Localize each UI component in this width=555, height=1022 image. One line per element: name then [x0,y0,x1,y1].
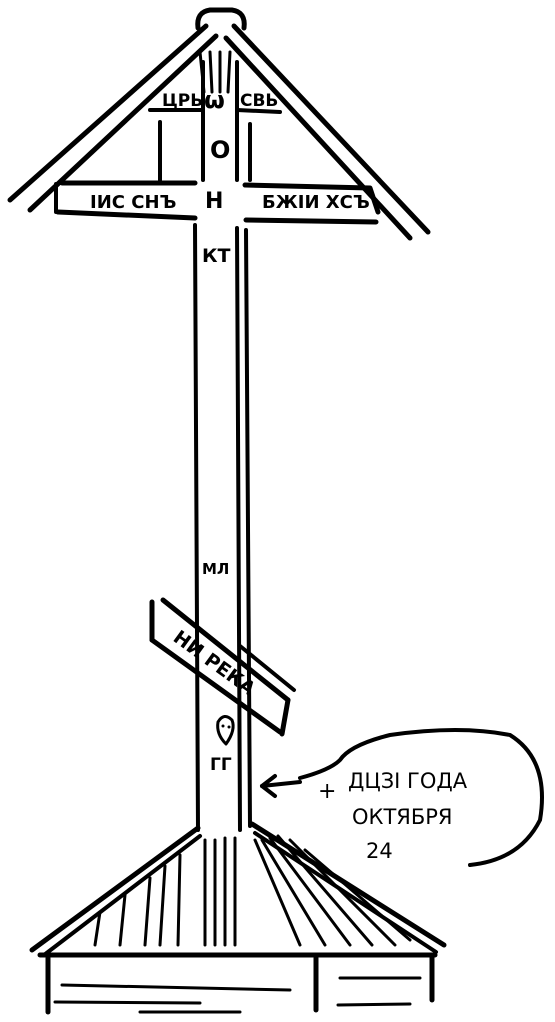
cross-post [195,62,250,830]
cross-drawing: ЦРЬ ω СВЬ О ІИС СНЪ Н БЖІИ ХСЪ КТ МЛ НИ … [0,0,555,1022]
annotation-line-1: ДЦЗІ ГОДА [348,769,468,793]
annotation-line-2: ОКТЯБРЯ [352,805,453,829]
inscription-top-right: СВЬ [240,91,278,111]
inscription-ml: МЛ [202,560,229,578]
annotation-line-3: 24 [366,839,393,863]
inscription-kt: КТ [202,245,231,267]
inscription-bar-right: БЖІИ ХСЪ [262,192,370,213]
inscription-gg: ГГ [210,755,232,775]
inscription-o: О [210,136,230,164]
inscription-bar-left: ІИС СНЪ [90,192,177,213]
skull-icon [218,716,233,744]
inscription-bar-center: Н [205,189,223,214]
base-walls [48,955,432,1012]
annotation-cross-mark: + [318,779,336,804]
annotation-bubble [262,730,542,865]
inscription-top-left: ЦРЬ [162,91,203,111]
inscription-top-center: ω [204,86,225,114]
